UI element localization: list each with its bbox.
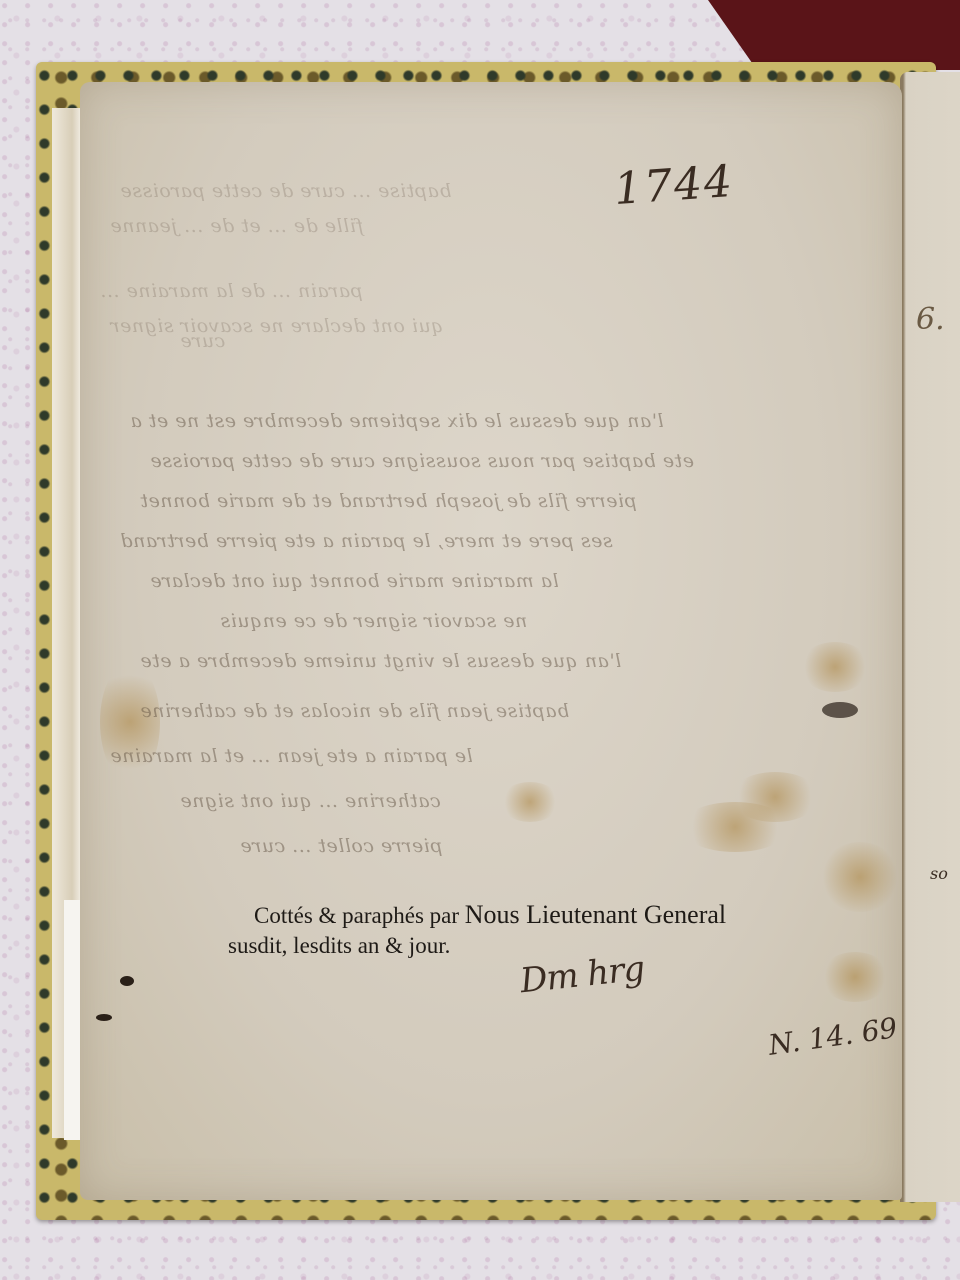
bleed-through-line: l'an que dessus le vingt unieme decembre… <box>140 650 621 672</box>
bleed-through-line: catherine ... qui ont signe <box>180 790 441 812</box>
printed-attestation: Cottés & paraphés par Nous Lieutenant Ge… <box>228 900 726 961</box>
bleed-through-line: ete baptise par nous soussigne cure de c… <box>150 450 694 472</box>
ink-blot <box>120 976 134 986</box>
year-heading: 1744 <box>612 156 735 215</box>
ink-blot <box>96 1014 112 1021</box>
bleed-through-line: cure <box>180 330 225 352</box>
bleed-through-line: parain ... de la maraine ... <box>100 280 363 302</box>
attestation-authority: Nous Lieutenant General <box>465 900 726 929</box>
red-cloth-backdrop <box>680 0 960 70</box>
water-stain <box>800 642 870 692</box>
bleed-through-line: l'an que dessus le dix septieme decembre… <box>130 410 664 432</box>
bleed-through-line: pierre collet ... cure <box>240 835 442 857</box>
attestation-line-2: susdit, lesdits an & jour. <box>228 931 726 961</box>
water-stain <box>680 802 790 852</box>
bleed-through-line: fille de ... et de ... jeanne <box>110 215 363 237</box>
bleed-through-line: la maraine marie bonnet qui ont declare <box>150 570 559 592</box>
bleed-through-line: qui ont declare ne scavoir signer <box>110 315 443 337</box>
facing-page <box>900 72 960 1202</box>
facing-page-number: 6. <box>916 302 945 337</box>
water-stain <box>500 782 560 822</box>
water-stain <box>820 952 890 1002</box>
bleed-through-line: pierre fils de joseph bertrand et de mar… <box>140 490 637 512</box>
facing-page-margin-text: so <box>930 864 948 883</box>
bleed-through-line: baptise jean fils de nicolas et de cathe… <box>140 700 569 722</box>
bleed-through-line: baptise ... cure de cette paroisse <box>120 180 452 202</box>
bleed-through-line: ses pere et mere, le parain a ete pierre… <box>120 530 613 552</box>
water-stain <box>820 842 900 912</box>
attestation-prefix: Cottés & paraphés par <box>254 903 465 928</box>
ink-blot <box>822 702 858 718</box>
bleed-through-line: ne scavoir signer de ce enquis <box>220 610 527 632</box>
bleed-through-line: le parain a ete jean ... et la maraine <box>110 745 473 767</box>
